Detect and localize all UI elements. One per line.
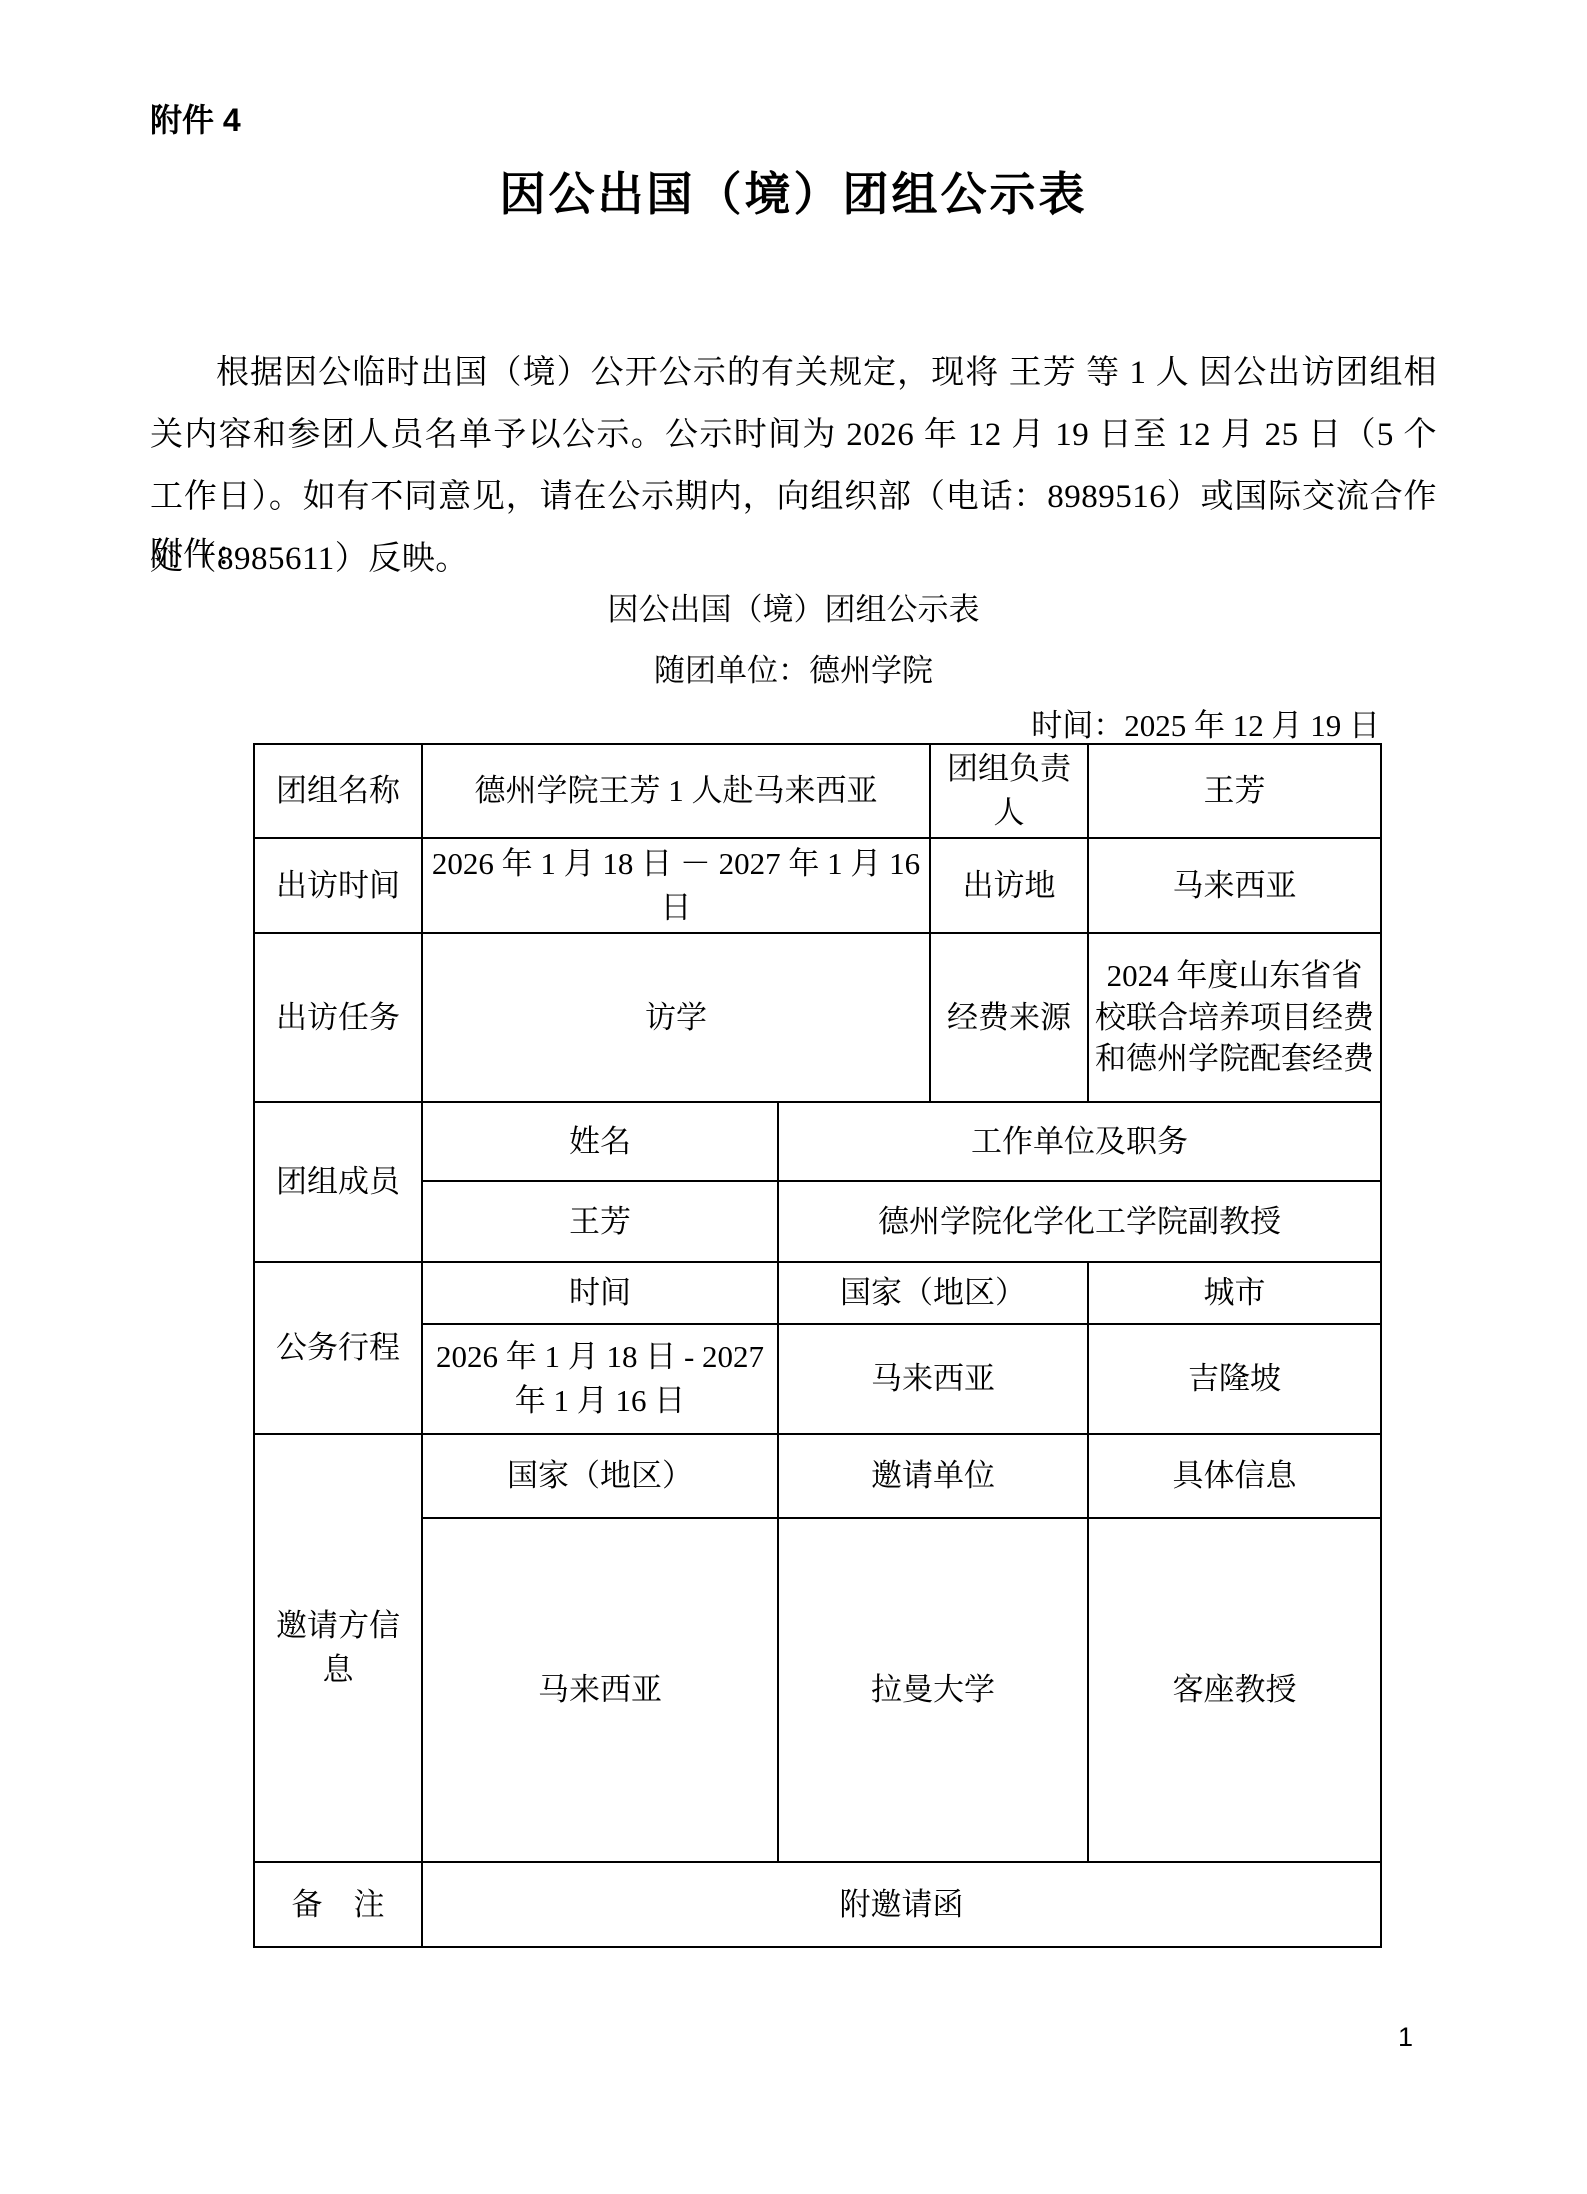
- row-visit-time: 出访时间 2026 年 1 月 18 日 － 2027 年 1 月 16 日 出…: [254, 838, 1381, 933]
- row-remark: 备 注 附邀请函: [254, 1862, 1381, 1947]
- member-title-header: 工作单位及职务: [778, 1102, 1381, 1181]
- members-label: 团组成员: [254, 1102, 422, 1262]
- attachment-list-label: 附件：: [150, 528, 249, 575]
- row-group-name: 团组名称 德州学院王芳 1 人赴马来西亚 团组负责人 王芳: [254, 744, 1381, 838]
- publicity-table: 团组名称 德州学院王芳 1 人赴马来西亚 团组负责人 王芳 出访时间 2026 …: [253, 743, 1382, 1948]
- remark-value: 附邀请函: [422, 1862, 1381, 1947]
- row-inviter-data: 马来西亚 拉曼大学 客座教授: [254, 1518, 1381, 1862]
- inviter-org-value: 拉曼大学: [778, 1518, 1088, 1862]
- page-title: 因公出国（境）团组公示表: [0, 158, 1587, 224]
- row-itinerary-data: 2026 年 1 月 18 日 - 2027 年 1 月 16 日 马来西亚 吉…: [254, 1324, 1381, 1434]
- destination-label: 出访地: [930, 838, 1088, 933]
- inviter-label: 邀请方信息: [254, 1434, 422, 1862]
- member-name-header: 姓名: [422, 1102, 778, 1181]
- member-title-value: 德州学院化学化工学院副教授: [778, 1181, 1381, 1262]
- form-title: 因公出国（境）团组公示表: [0, 584, 1587, 629]
- itinerary-country-value: 马来西亚: [778, 1324, 1088, 1434]
- row-inviter-header: 邀请方信息 国家（地区） 邀请单位 具体信息: [254, 1434, 1381, 1518]
- inviter-org-header: 邀请单位: [778, 1434, 1088, 1518]
- row-member-header: 团组成员 姓名 工作单位及职务: [254, 1102, 1381, 1181]
- row-task: 出访任务 访学 经费来源 2024 年度山东省省校联合培养项目经费和德州学院配套…: [254, 933, 1381, 1102]
- row-itinerary-header: 公务行程 时间 国家（地区） 城市: [254, 1262, 1381, 1324]
- remark-label: 备 注: [254, 1862, 422, 1947]
- funding-label: 经费来源: [930, 933, 1088, 1102]
- leader-value: 王芳: [1088, 744, 1381, 838]
- member-name-value: 王芳: [422, 1181, 778, 1262]
- document-page: 附件 4 因公出国（境）团组公示表 根据因公临时出国（境）公开公示的有关规定，现…: [0, 0, 1587, 2194]
- inviter-detail-header: 具体信息: [1088, 1434, 1381, 1518]
- attachment-tag: 附件 4: [150, 95, 241, 141]
- task-value: 访学: [422, 933, 930, 1102]
- itinerary-city-value: 吉隆坡: [1088, 1324, 1381, 1434]
- row-member-data: 王芳 德州学院化学化工学院副教授: [254, 1181, 1381, 1262]
- date-line: 时间：2025 年 12 月 19 日: [0, 700, 1380, 745]
- group-name-label: 团组名称: [254, 744, 422, 838]
- itinerary-city-header: 城市: [1088, 1262, 1381, 1324]
- itinerary-time-header: 时间: [422, 1262, 778, 1324]
- inviter-country-value: 马来西亚: [422, 1518, 778, 1862]
- inviter-country-header: 国家（地区）: [422, 1434, 778, 1518]
- destination-value: 马来西亚: [1088, 838, 1381, 933]
- leader-label: 团组负责人: [930, 744, 1088, 838]
- unit-line: 随团单位：德州学院: [0, 645, 1587, 690]
- visit-time-label: 出访时间: [254, 838, 422, 933]
- funding-value: 2024 年度山东省省校联合培养项目经费和德州学院配套经费: [1088, 933, 1381, 1102]
- page-number: 1: [1398, 2022, 1413, 2053]
- notice-paragraph: 根据因公临时出国（境）公开公示的有关规定，现将 王芳 等 1 人 因公出访团组相…: [150, 342, 1437, 590]
- itinerary-country-header: 国家（地区）: [778, 1262, 1088, 1324]
- itinerary-time-value: 2026 年 1 月 18 日 - 2027 年 1 月 16 日: [422, 1324, 778, 1434]
- inviter-detail-value: 客座教授: [1088, 1518, 1381, 1862]
- itinerary-label: 公务行程: [254, 1262, 422, 1434]
- visit-time-value: 2026 年 1 月 18 日 － 2027 年 1 月 16 日: [422, 838, 930, 933]
- task-label: 出访任务: [254, 933, 422, 1102]
- group-name-value: 德州学院王芳 1 人赴马来西亚: [422, 744, 930, 838]
